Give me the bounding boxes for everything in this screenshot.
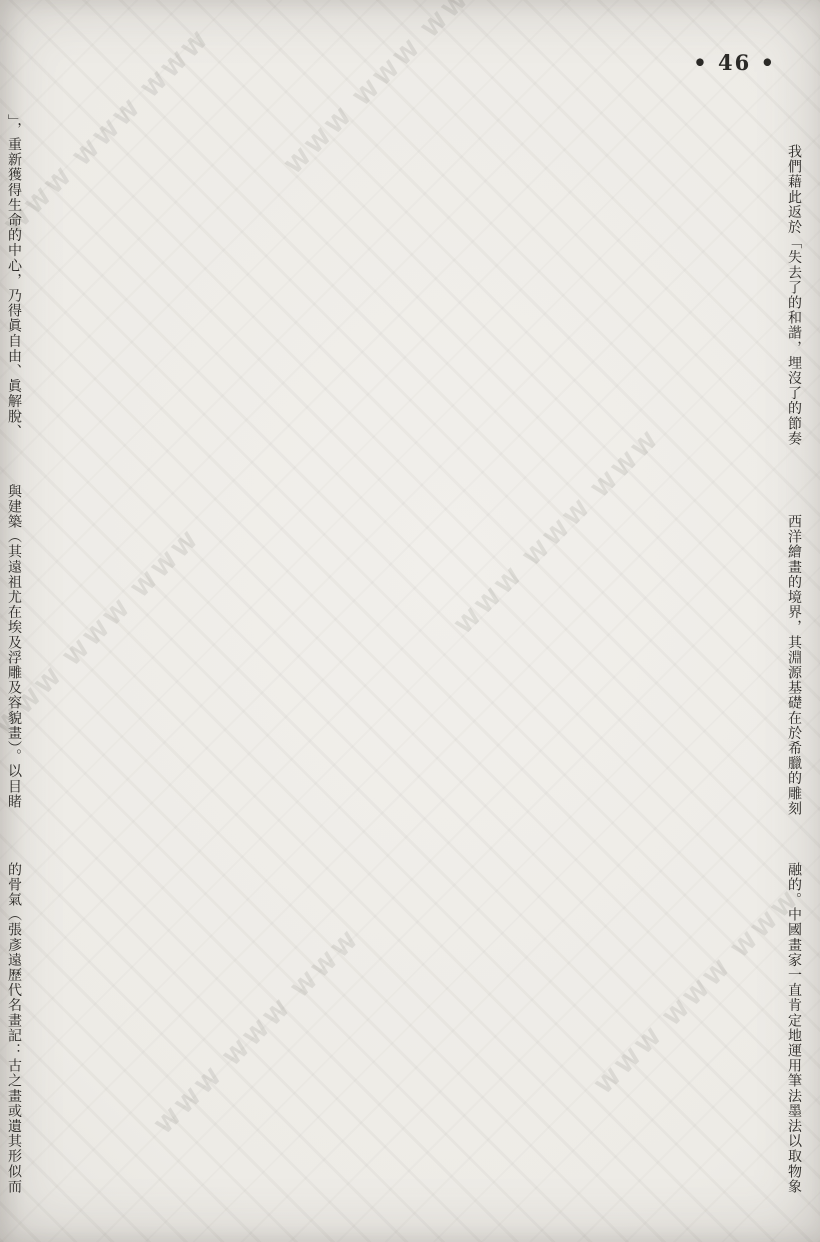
text-column: 與建築（其遠祖尤在埃及浮雕及容貌畫）。以目睹 [0,484,26,820]
text-column: 的骨氣（張彥遠歷代名畫記：古之畫或遺其形似而 [0,862,26,1200]
text-column: 我們藉此返於「失去了的和諧，埋沒了的節奏 [26,114,806,462]
text-band-top: 我們藉此返於「失去了的和諧，埋沒了的節奏」，重新獲得生命的中心，乃得眞自由、眞解… [26,114,806,462]
text-column: 」，重新獲得生命的中心，乃得眞自由、眞解脫、 [0,114,26,462]
magazine-page: WWW WWW WWW WWW WWW WWW WWW WWW WWW WWW … [0,0,820,1242]
page-number: • 46 • [693,50,776,75]
text-band-middle: 西洋繪畫的境界，其淵源基礎在於希臘的雕刻與建築（其遠祖尤在埃及浮雕及容貌畫）。以… [26,484,806,820]
text-column: 西洋繪畫的境界，其淵源基礎在於希臘的雕刻 [26,484,806,820]
text-band-bottom: 融的。中國畫家一直肯定地運用筆法墨法以取物象的骨氣（張彥遠歷代名畫記：古之畫或遺… [26,862,806,1200]
text-column: 融的。中國畫家一直肯定地運用筆法墨法以取物象 [26,862,806,1200]
